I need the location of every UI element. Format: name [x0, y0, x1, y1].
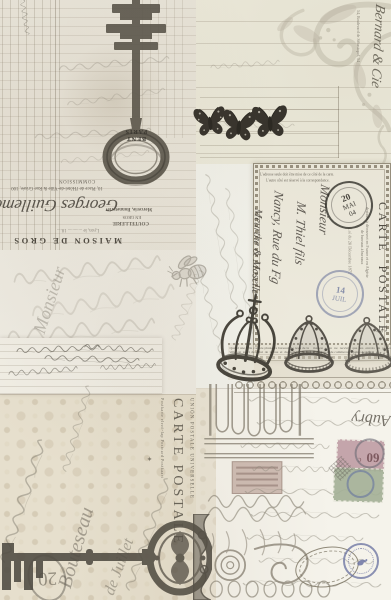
postcard-side-note-2: de bureaux à bureaux — [360, 230, 364, 264]
address-line: M. Thiel fils — [293, 200, 309, 267]
invoice-merchant-script: Bernard & Cie — [367, 2, 386, 89]
skeleton-key-horizontal-icon — [0, 520, 212, 600]
letterhead-trades-left: Mercerie, Bonneterie — [114, 207, 152, 212]
bee-icon — [164, 252, 210, 294]
crown-dome-icon — [337, 313, 391, 378]
crown-dome-icon — [281, 312, 337, 376]
ledger-figures-fragment — [0, 338, 162, 394]
skeleton-key-vertical-icon — [100, 0, 172, 184]
letterhead-maison: MAISON DE GROS — [36, 236, 122, 245]
crown-ornate-icon — [207, 285, 291, 390]
blue-seal-bird — [353, 554, 371, 570]
letterhead-name: Georges Guillemont — [0, 196, 119, 214]
letterhead-address: 10, Place de l'Hôtel-de-Ville & Rue Gris… — [21, 186, 103, 191]
key-tag-line2: PARIS — [112, 128, 160, 135]
postmark-month: JUIL — [332, 293, 347, 303]
letterhead-date-line: Lyon, le ............ 18.... — [48, 228, 108, 233]
union-languages: Postkarte elezö-lap Postcard Postkaart — [160, 398, 164, 478]
letterhead-trades-mid: EN GROS — [125, 215, 142, 220]
ephemera-collage: COMMISSION 10, Place de l'Hôtel-de-Ville… — [0, 0, 391, 600]
postmark-year: 04 — [348, 208, 358, 218]
letterhead-commission: COMMISSION — [69, 179, 95, 184]
postage-stamp-block: 60 c — [333, 439, 387, 503]
letterhead-trades-right: COUTELLERIE — [113, 221, 149, 226]
invoice-merchant-address: 54, Boulevard de Sébastopol, 54 — [356, 10, 360, 62]
union-divider-ornament: ✦ — [145, 456, 152, 462]
blue-seal-icon — [343, 543, 379, 579]
butterfly-icon — [250, 98, 290, 144]
script-aubry: Aubry — [351, 409, 391, 428]
union-line1: UNIÓN POSTALE UNIVERSELLE — [189, 398, 194, 499]
postcard-law-note: Loi du 20 Décembre 1872 — [347, 228, 352, 274]
postcard-instruction-1: L'adresse seule doit être mise de ce côt… — [260, 173, 334, 177]
address-line: Nancy, Rue du Fg — [269, 189, 286, 285]
address-line: Meurthe & Moselle — [249, 207, 263, 296]
key-tag-line1: BENT — [112, 135, 160, 142]
